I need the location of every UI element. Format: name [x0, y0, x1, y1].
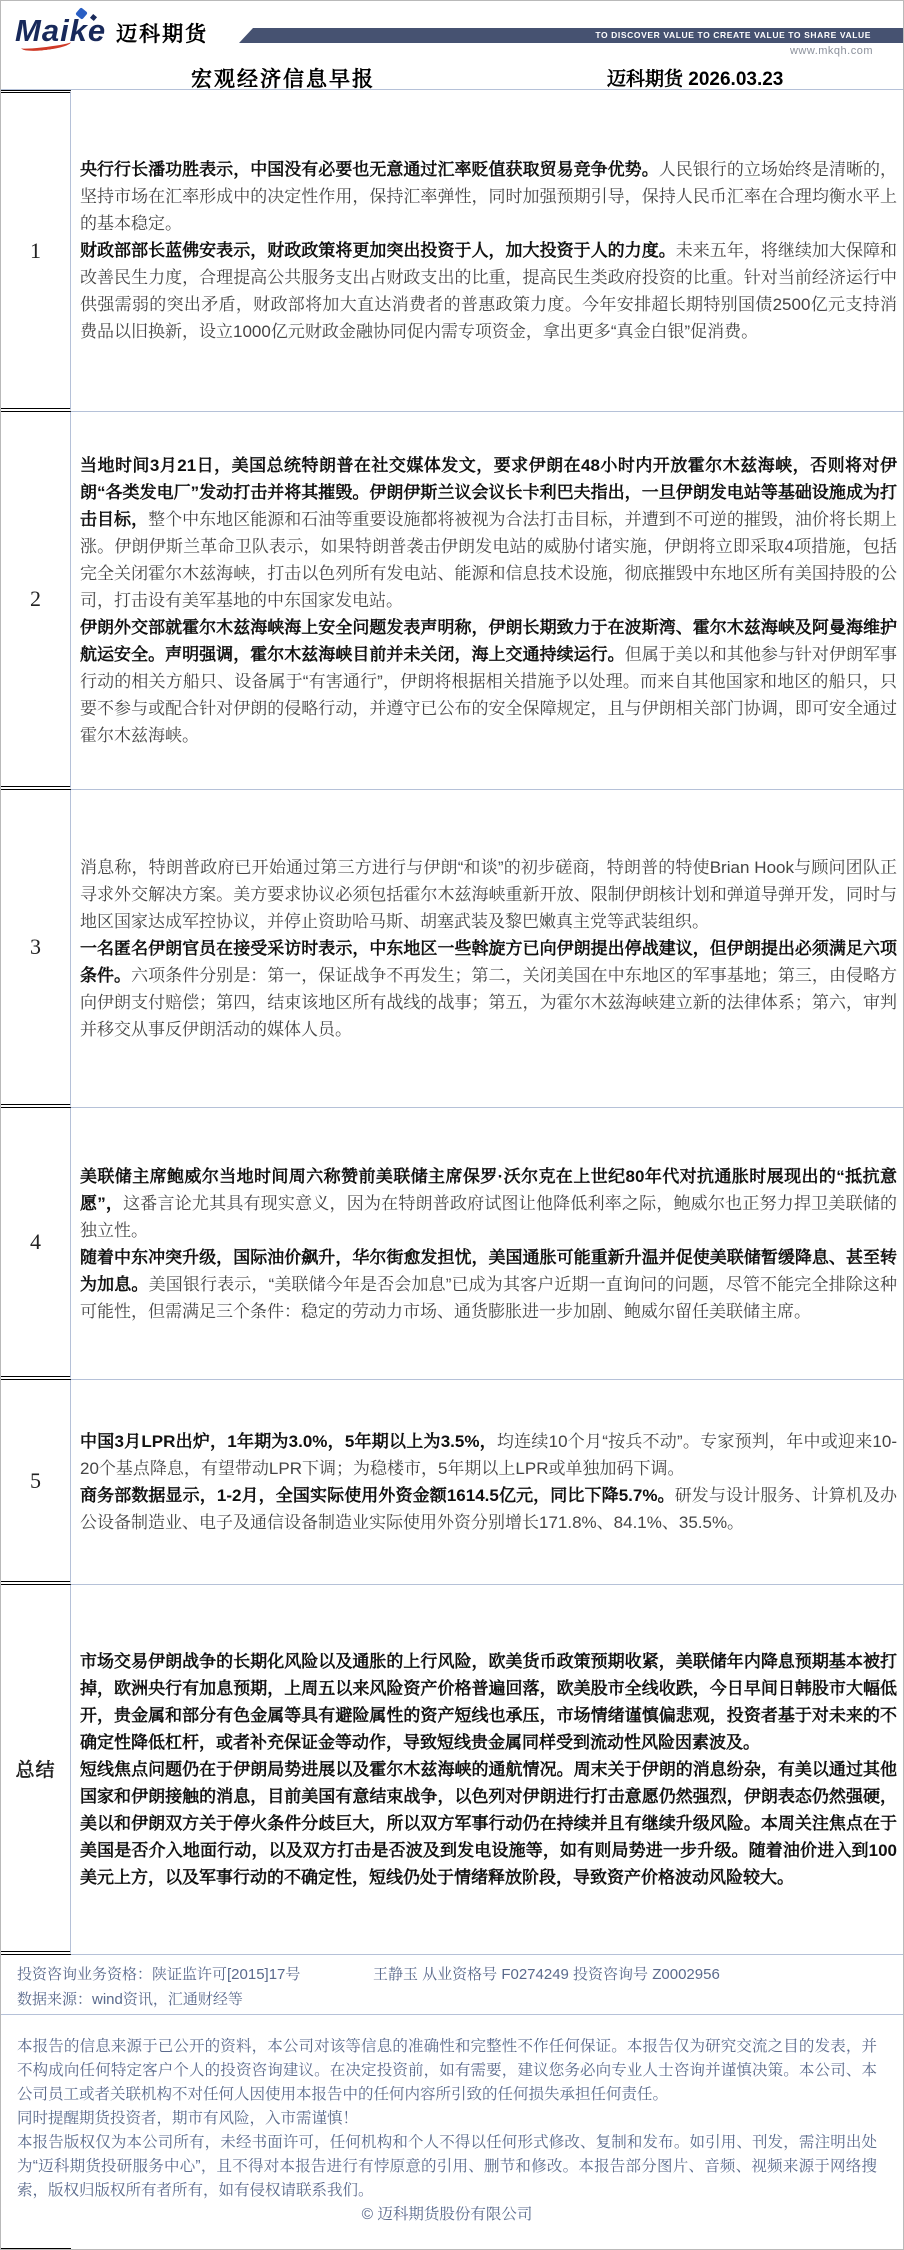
- row-content: 市场交易伊朗战争的长期化风险以及通胀的上行风险，欧美货币政策预期收紧，美联储年内…: [71, 1585, 903, 1955]
- news-paragraph: 消息称，特朗普政府已开始通过第三方进行与伊朗“和谈”的初步磋商，特朗普的特使Br…: [80, 854, 897, 935]
- row-number-summary: 总结: [1, 1585, 71, 1955]
- table-row-4: 4 美联储主席鲍威尔当地时间周六称赞前美联储主席保罗·沃尔克在上世纪80年代对抗…: [1, 1108, 903, 1380]
- news-body: 六项条件分别是：第一，保证战争不再发生；第二，关闭美国在中东地区的军事基地；第三…: [80, 966, 897, 1039]
- news-paragraph: 伊朗外交部就霍尔木兹海峡海上安全问题发表声明称，伊朗长期致力于在波斯湾、霍尔木兹…: [80, 614, 897, 749]
- news-lead: 财政部部长蓝佛安表示，财政政策将更加突出投资于人，加大投资于人的力度。: [80, 241, 676, 260]
- data-source-line: 数据来源：wind资讯，汇通财经等: [17, 1987, 903, 2012]
- analyst-credentials: 王静玉 从业资格号 F0274249 投资咨询号 Z0002956: [373, 1962, 720, 1987]
- header: Maike 迈科期货 TO DISCOVER VALUE TO CREATE V…: [1, 1, 903, 61]
- report-page: Maike 迈科期货 TO DISCOVER VALUE TO CREATE V…: [0, 0, 904, 2250]
- website-url: www.mkqh.com: [790, 45, 873, 57]
- row-number: 3: [1, 790, 71, 1108]
- news-table: 1 央行行长潘功胜表示，中国没有必要也无意通过汇率贬值获取贸易竞争优势。人民银行…: [1, 89, 903, 1955]
- news-lead: 中国3月LPR出炉，1年期为3.0%，5年期以上为3.5%，: [80, 1432, 497, 1451]
- disclaimer-paragraph-3: 本报告版权仅为本公司所有，未经书面许可，任何机构和个人不得以任何形式修改、复制和…: [17, 2131, 877, 2203]
- news-paragraph: 商务部数据显示，1-2月，全国实际使用外资金额1614.5亿元，同比下降5.7%…: [80, 1482, 897, 1536]
- row-content: 中国3月LPR出炉，1年期为3.0%，5年期以上为3.5%，均连续10个月“按兵…: [71, 1380, 903, 1585]
- row-content: 当地时间3月21日，美国总统特朗普在社交媒体发文，要求伊朗在48小时内开放霍尔木…: [71, 412, 903, 790]
- news-paragraph: 当地时间3月21日，美国总统特朗普在社交媒体发文，要求伊朗在48小时内开放霍尔木…: [80, 452, 897, 614]
- news-paragraph: 随着中东冲突升级，国际油价飙升，华尔街愈发担忧，美国通胀可能重新升温并促使美联储…: [80, 1244, 897, 1325]
- table-row-3: 3 消息称，特朗普政府已开始通过第三方进行与伊朗“和谈”的初步磋商，特朗普的特使…: [1, 790, 903, 1108]
- news-paragraph: 财政部部长蓝佛安表示，财政政策将更加突出投资于人，加大投资于人的力度。未来五年，…: [80, 237, 897, 345]
- table-row-summary: 总结 市场交易伊朗战争的长期化风险以及通胀的上行风险，欧美货币政策预期收紧，美联…: [1, 1585, 903, 1955]
- qualification-text: 投资咨询业务资格：陕证监许可[2015]17号: [17, 1962, 373, 1987]
- row-content: 美联储主席鲍威尔当地时间周六称赞前美联储主席保罗·沃尔克在上世纪80年代对抗通胀…: [71, 1108, 903, 1380]
- tagline-banner: TO DISCOVER VALUE TO CREATE VALUE TO SHA…: [239, 28, 903, 43]
- news-lead: 市场交易伊朗战争的长期化风险以及通胀的上行风险，欧美货币政策预期收紧，美联储年内…: [80, 1652, 897, 1752]
- news-paragraph: 短线焦点问题仍在于伊朗局势进展以及霍尔木兹海峡的通航情况。周末关于伊朗的消息纷杂…: [80, 1756, 897, 1891]
- table-row-5: 5 中国3月LPR出炉，1年期为3.0%，5年期以上为3.5%，均连续10个月“…: [1, 1380, 903, 1585]
- footer-info: 投资咨询业务资格：陕证监许可[2015]17号 王静玉 从业资格号 F02742…: [1, 1955, 903, 2015]
- row-number: 2: [1, 412, 71, 790]
- row-number: 1: [1, 90, 71, 412]
- table-row-1: 1 央行行长潘功胜表示，中国没有必要也无意通过汇率贬值获取贸易竞争优势。人民银行…: [1, 90, 903, 412]
- news-paragraph: 中国3月LPR出炉，1年期为3.0%，5年期以上为3.5%，均连续10个月“按兵…: [80, 1428, 897, 1482]
- copyright-line: © 迈科期货股份有限公司: [17, 2203, 877, 2227]
- disclaimer-block: 本报告的信息来源于已公开的资料，本公司对该等信息的准确性和完整性不作任何保证。本…: [1, 2015, 903, 2250]
- brand-and-date: 迈科期货 2026.03.23: [607, 64, 783, 91]
- row-content: 央行行长潘功胜表示，中国没有必要也无意通过汇率贬值获取贸易竞争优势。人民银行的立…: [71, 90, 903, 412]
- news-paragraph: 央行行长潘功胜表示，中国没有必要也无意通过汇率贬值获取贸易竞争优势。人民银行的立…: [80, 156, 897, 237]
- company-logo: Maike 迈科期货: [15, 13, 208, 49]
- title-bar: 宏观经济信息早报 迈科期货 2026.03.23: [1, 61, 903, 89]
- news-body: 消息称，特朗普政府已开始通过第三方进行与伊朗“和谈”的初步磋商，特朗普的特使Br…: [80, 858, 897, 931]
- news-body: 整个中东地区能源和石油等重要设施都将被视为合法打击目标，并遭到不可逆的摧毁，油价…: [80, 510, 897, 610]
- news-paragraph: 市场交易伊朗战争的长期化风险以及通胀的上行风险，欧美货币政策预期收紧，美联储年内…: [80, 1648, 897, 1756]
- report-title: 宏观经济信息早报: [191, 63, 375, 93]
- disclaimer-paragraph-2: 同时提醒期货投资者，期市有风险，入市需谨慎！: [17, 2107, 877, 2131]
- news-body: 这番言论尤其具有现实意义，因为在特朗普政府试图让他降低利率之际，鲍威尔也正努力捍…: [80, 1194, 897, 1240]
- table-row-2: 2 当地时间3月21日，美国总统特朗普在社交媒体发文，要求伊朗在48小时内开放霍…: [1, 412, 903, 790]
- news-lead: 短线焦点问题仍在于伊朗局势进展以及霍尔木兹海峡的通航情况。周末关于伊朗的消息纷杂…: [80, 1760, 897, 1887]
- row-number: 5: [1, 1380, 71, 1585]
- logo-chinese-text: 迈科期货: [116, 18, 208, 48]
- row-number: 4: [1, 1108, 71, 1380]
- news-paragraph: 一名匿名伊朗官员在接受采访时表示，中东地区一些斡旋方已向伊朗提出停战建议，但伊朗…: [80, 935, 897, 1043]
- disclaimer-paragraph-1: 本报告的信息来源于已公开的资料，本公司对该等信息的准确性和完整性不作任何保证。本…: [17, 2035, 877, 2107]
- qualification-line: 投资咨询业务资格：陕证监许可[2015]17号 王静玉 从业资格号 F02742…: [17, 1962, 903, 1987]
- row-content: 消息称，特朗普政府已开始通过第三方进行与伊朗“和谈”的初步磋商，特朗普的特使Br…: [71, 790, 903, 1108]
- news-paragraph: 美联储主席鲍威尔当地时间周六称赞前美联储主席保罗·沃尔克在上世纪80年代对抗通胀…: [80, 1163, 897, 1244]
- news-lead: 央行行长潘功胜表示，中国没有必要也无意通过汇率贬值获取贸易竞争优势。: [80, 160, 659, 179]
- news-lead: 商务部数据显示，1-2月，全国实际使用外资金额1614.5亿元，同比下降5.7%…: [80, 1486, 675, 1505]
- news-body: 美国银行表示，“美联储今年是否会加息”已成为其客户近期一直询问的问题，尽管不能完…: [80, 1275, 897, 1321]
